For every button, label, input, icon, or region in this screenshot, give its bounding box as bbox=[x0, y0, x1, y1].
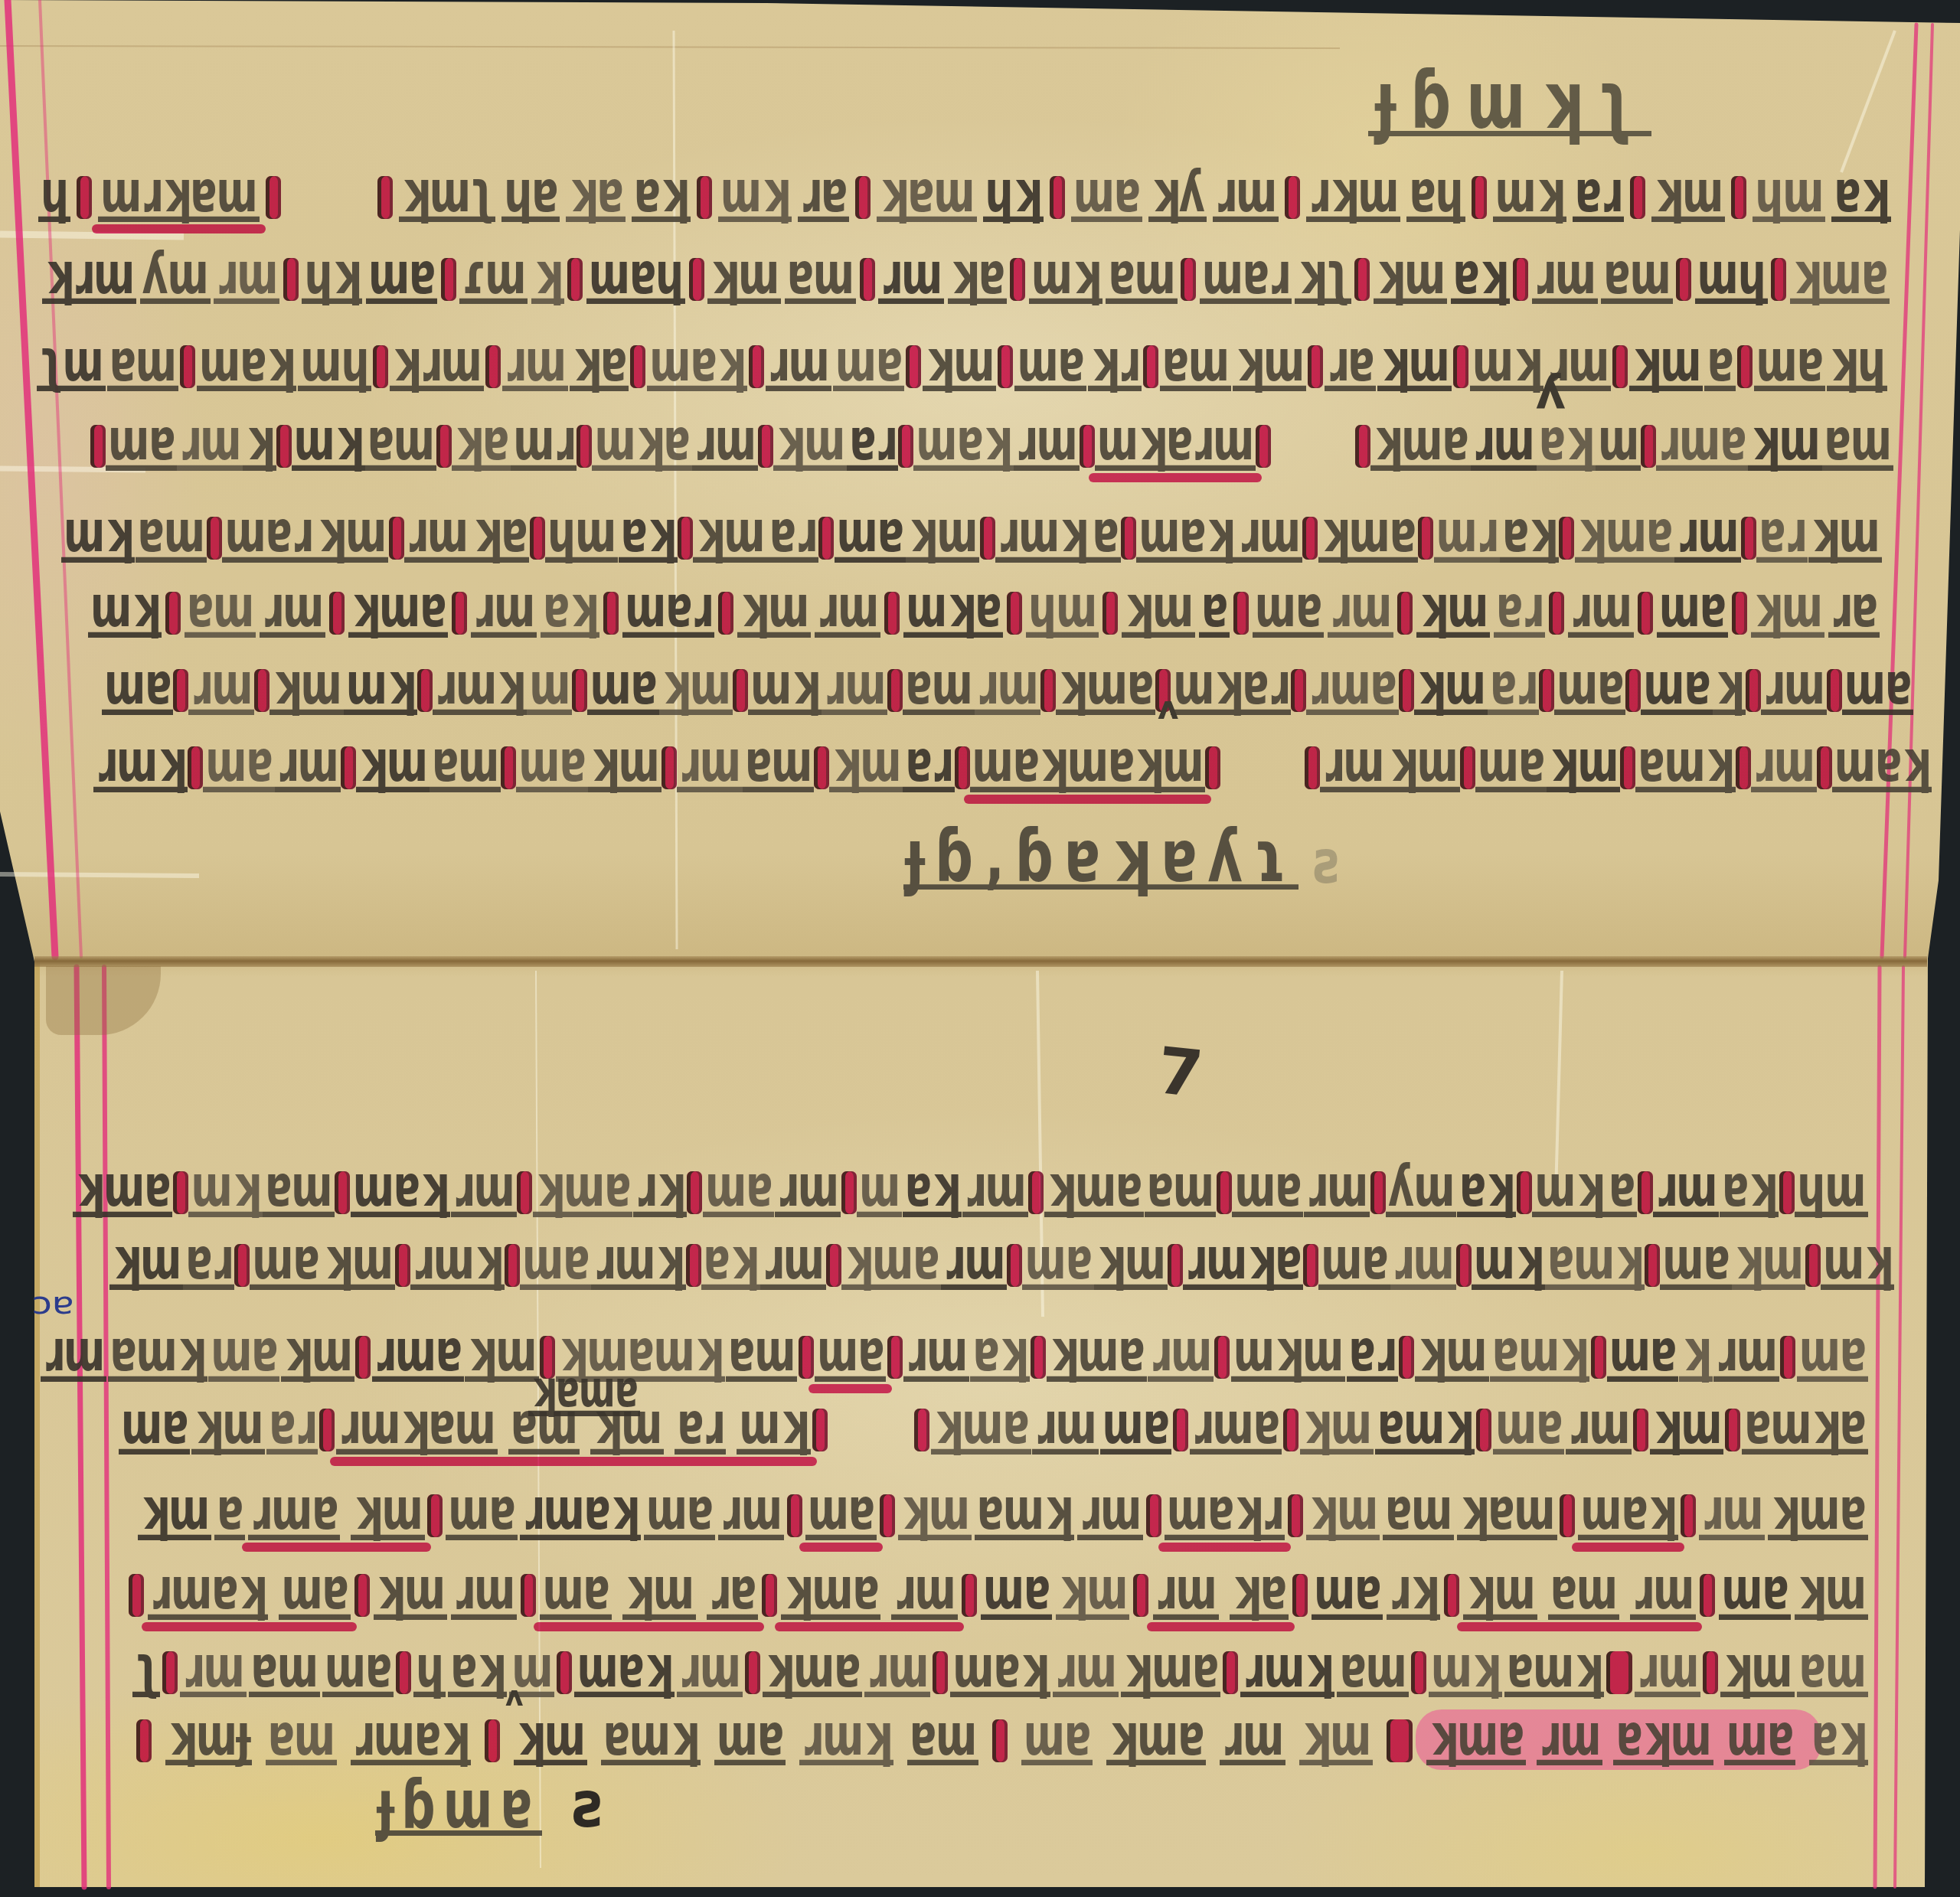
word: ɹɯʞ bbox=[995, 511, 1089, 563]
word: ɯɐ bbox=[835, 511, 906, 563]
rubric-underlined-phrase: ɹɯʞɐ bbox=[1153, 1584, 1289, 1620]
word: ɯɐʞ bbox=[647, 339, 746, 391]
double-danda-separator bbox=[1456, 1244, 1472, 1287]
word: ʞʅ bbox=[1295, 252, 1351, 304]
double-danda-separator bbox=[417, 669, 433, 712]
lower-text-line-3: ɹɯɐɯʞɯɐʞɯɹɯɐʞɯʞɯɐɯʞɐɯɯɐɹɯɐʞʞɯɐɹɯɯʞɯɐɹʞɯɐ… bbox=[41, 1313, 1868, 1382]
word: ɯɐ bbox=[520, 1238, 591, 1290]
word: ɐɯ bbox=[726, 1330, 797, 1382]
word: ʞɯ bbox=[1416, 586, 1490, 638]
double-danda-separator bbox=[1460, 746, 1475, 789]
word: ɐɯ bbox=[1601, 252, 1672, 304]
word: ɯɐ bbox=[446, 1488, 517, 1540]
double-danda-separator bbox=[452, 592, 467, 635]
upper-text-line-5: ɯʞɐɯɯɐɹʞɯɹɯʞɐɥɯɐʞʞɯɐɹɯɐʞɯɹɯʞɐɯɐʞɹɯʞɯɐɯɹɐ… bbox=[61, 494, 1882, 563]
word: ɯʞ bbox=[61, 511, 135, 563]
word: ʞɐ bbox=[948, 252, 1007, 304]
double-danda-separator bbox=[1214, 1336, 1230, 1379]
word: ɯʞɐ bbox=[903, 586, 1003, 638]
word: ʞɐ bbox=[1230, 1568, 1289, 1620]
double-danda-separator bbox=[165, 592, 181, 635]
rubric-underlined-phrase: ʞɯɐɹɯ bbox=[781, 1584, 958, 1620]
double-danda-separator bbox=[90, 425, 106, 468]
double-danda-separator bbox=[1292, 1574, 1308, 1617]
word: ɯɐʞ bbox=[1832, 740, 1932, 792]
insertion-caret: ʎ bbox=[1536, 366, 1566, 420]
word: ɹɯ bbox=[941, 1238, 1007, 1290]
word: ɯʞ bbox=[1821, 1238, 1894, 1290]
double-danda-separator bbox=[1676, 258, 1691, 301]
double-danda-separator bbox=[1779, 1171, 1795, 1214]
double-danda-separator bbox=[1283, 1409, 1298, 1451]
double-danda-separator bbox=[1539, 669, 1554, 712]
word: ɯɐ bbox=[1475, 740, 1547, 792]
word: ɹɯɐ bbox=[248, 1488, 340, 1540]
double-danda-separator bbox=[914, 1409, 929, 1451]
word: ɹɯ bbox=[1328, 586, 1393, 638]
word: ʞɥ bbox=[1827, 339, 1887, 391]
double-danda-separator bbox=[485, 345, 501, 388]
double-danda-separator bbox=[173, 669, 188, 712]
double-danda-separator bbox=[577, 425, 592, 468]
insertion-caret: ʌ bbox=[1158, 689, 1178, 726]
double-danda-separator bbox=[436, 425, 452, 468]
double-danda-separator bbox=[1173, 1409, 1188, 1451]
rubric-underlined-phrase: ɹɯʞɐɯɐɯʞɯɐɹɯʞ bbox=[336, 1419, 810, 1455]
double-danda-separator bbox=[1638, 1171, 1653, 1214]
word: ɯɐ bbox=[1660, 1238, 1731, 1290]
insertion-text: ʞɐɯɐ bbox=[528, 1369, 640, 1416]
double-danda-separator bbox=[1387, 1719, 1413, 1762]
word: ɯɐ bbox=[587, 663, 658, 715]
double-danda-separator bbox=[501, 746, 516, 789]
word: ɯɐɹ bbox=[1200, 252, 1292, 304]
double-danda-separator bbox=[1559, 517, 1574, 560]
double-danda-separator bbox=[1133, 1574, 1148, 1617]
word: ɹɐ bbox=[798, 170, 849, 222]
glare bbox=[1841, 31, 1895, 172]
double-danda-separator bbox=[860, 258, 875, 301]
blank-space bbox=[1220, 786, 1305, 792]
word: ɹɯ bbox=[718, 1488, 784, 1540]
word: ɯɐʞ bbox=[197, 339, 296, 391]
double-danda-separator bbox=[276, 425, 292, 468]
word: ʞɯ bbox=[773, 419, 847, 471]
word: ʞɯɐ bbox=[1121, 1645, 1220, 1697]
word: ʞɯ bbox=[588, 740, 661, 792]
double-danda-separator bbox=[1560, 1494, 1575, 1537]
word: ʞ bbox=[243, 419, 276, 471]
word: ɯ bbox=[1596, 419, 1641, 471]
double-danda-separator bbox=[1285, 176, 1300, 219]
word: ɯɐ bbox=[1724, 1713, 1795, 1765]
word: ɯɐ bbox=[203, 740, 274, 792]
double-danda-separator bbox=[517, 1171, 532, 1214]
double-danda-separator bbox=[1308, 345, 1323, 388]
lower-text-line-5: ʞɯɐɹɯɐʞɯɯɐɹɯɐʞɯɐɹɯɯɐʞɯɐɯʞɹɯɯɐʞɹʞɯɐɯʞɐɯɯɐ… bbox=[138, 1471, 1868, 1540]
double-danda-separator bbox=[1007, 1244, 1022, 1287]
double-danda-separator bbox=[814, 746, 829, 789]
word: ɥɯ bbox=[1795, 1165, 1867, 1217]
rubric-underlined-phrase: ɹɯɐʞɯɐ bbox=[148, 1584, 351, 1620]
word: ɹɯ bbox=[1674, 511, 1740, 563]
word: ɯɐ bbox=[1021, 1713, 1093, 1765]
rubric-highlighted-phrase: ʞɯɐɹɯɐʞɯɯɐ bbox=[1426, 1729, 1795, 1765]
double-danda-separator bbox=[758, 425, 773, 468]
double-danda-separator bbox=[1638, 592, 1653, 635]
double-danda-separator bbox=[812, 1409, 828, 1451]
double-danda-separator bbox=[1168, 1244, 1183, 1287]
word: ɹɯɐ bbox=[372, 1330, 464, 1382]
word: ʞɯ bbox=[281, 1330, 354, 1382]
double-danda-separator bbox=[1827, 669, 1842, 712]
word: ɐɯ bbox=[1145, 1165, 1216, 1217]
double-danda-separator bbox=[1217, 1171, 1232, 1214]
double-danda-separator bbox=[1007, 592, 1022, 635]
double-danda-separator bbox=[745, 1651, 760, 1694]
word: ɐʞ bbox=[970, 1330, 1029, 1382]
rubric-underlined-phrase: ʞɯɐɯɹɯ bbox=[1463, 1584, 1696, 1620]
lower-left-margin-rule bbox=[104, 967, 109, 1887]
double-danda-separator bbox=[335, 1171, 350, 1214]
word: ɯɐ bbox=[1641, 663, 1712, 715]
double-danda-separator bbox=[354, 1574, 370, 1617]
word: ʞɐɯ bbox=[1457, 1488, 1557, 1540]
word: ʞɯɐ bbox=[1044, 1165, 1144, 1217]
double-danda-separator bbox=[826, 1244, 841, 1287]
word: ɐɹ bbox=[903, 740, 954, 792]
word: ɐɯʞ bbox=[1545, 1238, 1645, 1290]
word: ɯɐ bbox=[833, 339, 904, 391]
word: ɯɐ bbox=[119, 1402, 190, 1455]
word: ɯʞɐɹ bbox=[1171, 663, 1291, 715]
word: ɹɯ bbox=[975, 663, 1040, 715]
word: ʞɯ bbox=[707, 252, 781, 304]
word: ɹɯ bbox=[502, 339, 568, 391]
word: ɹɯ bbox=[1032, 1402, 1098, 1455]
word: ɐɯ bbox=[1383, 1488, 1454, 1540]
word: ʞɯɐ bbox=[1056, 663, 1155, 715]
double-danda-separator bbox=[1703, 1651, 1718, 1694]
double-danda-separator bbox=[1771, 258, 1786, 301]
word: ɐɯʞɐ bbox=[1742, 1402, 1867, 1455]
word: ɯʞ bbox=[1532, 1165, 1606, 1217]
word: ɯɐ bbox=[540, 1568, 611, 1620]
word: ʞ bbox=[1713, 663, 1746, 715]
word: ɹɯ bbox=[471, 586, 537, 638]
double-danda-separator bbox=[1444, 1574, 1459, 1617]
double-danda-separator bbox=[341, 746, 356, 789]
word: ɹɯɐ bbox=[1306, 663, 1398, 715]
double-danda-separator bbox=[697, 176, 712, 219]
word: ɯʞ bbox=[188, 1165, 262, 1217]
word: ɐʞ bbox=[903, 1165, 962, 1217]
double-danda-separator bbox=[906, 345, 921, 388]
word: ɯɐʞ bbox=[950, 1645, 1050, 1697]
double-danda-separator bbox=[136, 1719, 152, 1762]
page-fold bbox=[34, 956, 1927, 967]
double-danda-separator bbox=[266, 176, 281, 219]
word: ɹɯ bbox=[1014, 419, 1080, 471]
double-danda-separator bbox=[884, 592, 900, 635]
footer-text: ɟɓɯɐ bbox=[375, 1781, 542, 1836]
double-danda-separator bbox=[254, 669, 269, 712]
word: ɐʞ bbox=[1831, 170, 1890, 222]
double-danda-separator bbox=[395, 1244, 410, 1287]
word: ʞɐ bbox=[566, 170, 625, 222]
double-danda-separator bbox=[1370, 1171, 1386, 1214]
word: ɐɯʞ bbox=[1490, 1330, 1589, 1382]
word: ʞɯɐ bbox=[73, 1165, 172, 1217]
rubric-underlined-phrase: ɯɐʞ bbox=[1578, 1504, 1677, 1540]
word: ɐɯʞ bbox=[601, 1713, 701, 1765]
word: ʞɯ bbox=[1415, 1330, 1488, 1382]
word: ɐɹ bbox=[847, 419, 898, 471]
footer-number: ƨ bbox=[573, 1767, 605, 1842]
word: ʞɯɐ bbox=[1047, 1330, 1146, 1382]
upper-text-line-8: ɹɯʞɯɐɹɯʞɯɐɯɯɐʞɯɹɯɐɯʞɯɐɹɯɐʞɯɐʞɯɹɯʞɯɯɐʞɯɐɯ… bbox=[93, 723, 1873, 792]
upper-text-line-1: ɥɯɹʞɐɯʞɯʅɥɐʞɐɐʞɯʞɹɐʞɐɯɥʞɯɐʞʎɹɯɹʞɯɐɥɯʞɐɹʞ… bbox=[38, 153, 1891, 222]
word: ʞʎ bbox=[1148, 170, 1207, 222]
double-danda-separator bbox=[377, 176, 393, 219]
double-danda-separator bbox=[389, 517, 404, 560]
double-danda-separator bbox=[1256, 425, 1271, 468]
double-danda-separator bbox=[441, 258, 456, 301]
double-danda-separator bbox=[661, 746, 677, 789]
double-danda-separator bbox=[1606, 1651, 1632, 1694]
word: ɯɐ bbox=[366, 252, 437, 304]
double-danda-separator bbox=[557, 1651, 572, 1694]
word: ɹɯ bbox=[1537, 1713, 1602, 1765]
word: ɯɐ bbox=[208, 1330, 279, 1382]
word: ɹɯ bbox=[275, 740, 341, 792]
rubric-underlined-phrase: ɯɐ bbox=[815, 1346, 886, 1382]
word: ɹɯ bbox=[1077, 1488, 1143, 1540]
lower-text-line-8: ʞɯɟɐɯɹɯɐʞʞɯɐɯʞɯɐɹɯʞɐɯɯɐʞɯɐɹɯʞɯʞɯɐɹɯɐʞɯɯɐ… bbox=[136, 1696, 1868, 1765]
word: ʞɯ bbox=[1547, 740, 1620, 792]
word: ɹɯ bbox=[962, 1165, 1028, 1217]
double-danda-separator bbox=[1591, 1336, 1606, 1379]
word: ɹɯ bbox=[214, 252, 279, 304]
word: ʞɯ bbox=[898, 1488, 972, 1540]
word: ɐ bbox=[1199, 586, 1230, 638]
word: ɹɯʞ bbox=[410, 1238, 505, 1290]
word: ɯʞɐɹɯ bbox=[1095, 419, 1256, 471]
double-danda-separator bbox=[1780, 1336, 1795, 1379]
double-danda-separator bbox=[1355, 425, 1370, 468]
double-danda-separator bbox=[234, 1244, 250, 1287]
word: ɯʞɯ bbox=[1231, 1330, 1345, 1382]
double-danda-separator bbox=[1223, 1651, 1238, 1694]
word: ɯɐ bbox=[322, 1645, 394, 1697]
upper-text-line-3: ʅɯɐɯɯɐʞɯɥʞɹɯɹɯʞɐɯɐʞɹɯɯɐʞɯɯɐʞɹɐɯʞɯɹɐʞɯɯʞɹ… bbox=[37, 322, 1887, 391]
word: ɯɐʞɯɐʞɯ bbox=[970, 740, 1206, 792]
double-danda-separator bbox=[530, 517, 545, 560]
rubric-underlined-phrase: ɯɐʞɯɹɐ bbox=[540, 1584, 758, 1620]
word: ɹɯʞ bbox=[591, 1238, 685, 1290]
word: ɹɯ bbox=[1532, 252, 1598, 304]
double-danda-separator bbox=[1736, 746, 1751, 789]
word: ɐɯʞ bbox=[1375, 1402, 1475, 1455]
word: ʞɯ bbox=[356, 740, 430, 792]
double-danda-separator bbox=[1399, 669, 1414, 712]
word: ʞɯɐ bbox=[1318, 511, 1418, 563]
word: ɹɯ bbox=[1653, 1165, 1719, 1217]
double-danda-separator bbox=[762, 1574, 777, 1617]
word: ʞɯ bbox=[1651, 170, 1725, 222]
double-danda-separator bbox=[521, 1574, 536, 1617]
word: ɯɐ bbox=[1754, 339, 1825, 391]
word: ɹɯ bbox=[1390, 1238, 1456, 1290]
word: ɐɯ bbox=[249, 1645, 320, 1697]
double-danda-separator bbox=[1233, 592, 1249, 635]
word: ɹɯʞ bbox=[799, 1713, 893, 1765]
double-danda-separator bbox=[283, 258, 299, 301]
word: ɯɐ bbox=[1797, 1330, 1868, 1382]
word: ɯʞ bbox=[1429, 1645, 1502, 1697]
double-danda-separator bbox=[1031, 1336, 1046, 1379]
word: ɐɯʞ bbox=[1635, 740, 1735, 792]
word: ɐɯ bbox=[1822, 419, 1893, 471]
word: ɹɯ bbox=[822, 663, 887, 715]
word: ʞɯ bbox=[269, 663, 343, 715]
double-danda-separator bbox=[1549, 592, 1564, 635]
word: ʞɯ bbox=[1748, 419, 1821, 471]
colophon-text: ɟɓ‚ɓɐʞɐʎɿ bbox=[903, 831, 1298, 890]
word: ʅ bbox=[132, 1645, 160, 1697]
word: ɐɯ bbox=[430, 740, 501, 792]
lower-right-margin-rule bbox=[1895, 967, 1903, 1887]
double-danda-separator bbox=[1472, 176, 1487, 219]
double-danda-separator bbox=[1681, 1494, 1696, 1537]
double-danda-separator bbox=[207, 517, 222, 560]
double-danda-separator bbox=[1028, 1171, 1044, 1214]
double-danda-separator bbox=[749, 345, 764, 388]
rubric-underlined-phrase: ɹɯɐʞɯ bbox=[248, 1504, 425, 1540]
double-danda-separator bbox=[1513, 258, 1528, 301]
word: ɹɯ bbox=[1713, 1330, 1779, 1382]
double-danda-separator bbox=[173, 1171, 188, 1214]
word: ɹɯɐ bbox=[1656, 419, 1748, 471]
word: ʞɯɐ bbox=[1790, 252, 1890, 304]
double-danda-separator bbox=[77, 176, 92, 219]
word: ʞɯ bbox=[1414, 663, 1488, 715]
rubric-underlined-phrase: ɯɹʞɐɯ bbox=[98, 186, 260, 222]
double-danda-separator bbox=[1805, 1244, 1821, 1287]
word: ɯɐ bbox=[644, 1488, 715, 1540]
word: ɐʞ bbox=[1720, 1165, 1779, 1217]
word: ɐɯ bbox=[263, 1165, 334, 1217]
upper-text-line-2: ʞɹɯʎɯɹɯɥʞɯɐɾɯʞɯɐɥʞɯɐɯɹɯʞɐɯʞɐɯɯɐɹʞʅʞɯɐʞɹɯ… bbox=[42, 235, 1890, 304]
double-danda-separator bbox=[1040, 669, 1056, 712]
word: ʞɯ bbox=[1795, 1568, 1868, 1620]
word: ɐɹ bbox=[266, 1402, 318, 1455]
double-danda-separator bbox=[319, 1409, 335, 1451]
word: ɯɐ bbox=[1318, 1238, 1390, 1290]
blank-space bbox=[1271, 465, 1355, 471]
double-danda-separator bbox=[1302, 517, 1318, 560]
word: ɐʞ bbox=[632, 170, 691, 222]
word: ɹɐ bbox=[1325, 339, 1376, 391]
word: ʞɯ bbox=[622, 1568, 696, 1620]
word: ɐʞ bbox=[541, 586, 599, 638]
word: ʞɯ bbox=[191, 1402, 265, 1455]
word: ʎɯ bbox=[1386, 1165, 1456, 1217]
word: ɐɹ bbox=[1347, 1330, 1398, 1382]
word: ɐɹ bbox=[1573, 170, 1624, 222]
word: ɯɐ bbox=[1312, 1568, 1383, 1620]
word: ɐɯ bbox=[1106, 252, 1177, 304]
word: ɐʞɯ bbox=[1613, 1713, 1713, 1765]
double-danda-separator bbox=[733, 669, 748, 712]
word: ɐɯ bbox=[743, 740, 814, 792]
word: ɯɥ bbox=[1695, 252, 1768, 304]
word: ɯɐ bbox=[1253, 586, 1324, 638]
word: ɹɯ bbox=[260, 586, 325, 638]
word: ɹɯ bbox=[404, 511, 470, 563]
colophon-faint-mark: ƨ bbox=[1314, 828, 1341, 898]
word: ɥɐ bbox=[501, 170, 560, 222]
rubric-underlined-phrase: ɯɐ bbox=[805, 1504, 877, 1540]
word: ɯʞ bbox=[718, 170, 792, 222]
word: ɐɹ bbox=[675, 1402, 726, 1455]
interlinear-insertion: ʞɐɯɐ bbox=[528, 1370, 640, 1416]
word: ʞɯ bbox=[1056, 1568, 1129, 1620]
word: ɯɐʞ bbox=[913, 419, 1013, 471]
double-danda-separator bbox=[1641, 425, 1656, 468]
word: ɯɐɹ bbox=[622, 586, 714, 638]
word: ɐɹ bbox=[1494, 586, 1545, 638]
upper-left-margin-rule bbox=[8, 0, 55, 957]
double-danda-separator bbox=[992, 1719, 1008, 1762]
upper-text-line-7: ɯɐɹɯʞɯɯʞɹɯʞɯɯɐʞɯɯʞɹɯɐɯɹɯʞɯɐɯʞɐɹɹɯɐʞɯɐɹɯɐ… bbox=[102, 646, 1876, 715]
word: ɯɐ bbox=[981, 1568, 1052, 1620]
double-danda-separator bbox=[678, 517, 693, 560]
word: ɹɯ bbox=[903, 1330, 969, 1382]
word: ɯʞ bbox=[748, 663, 822, 715]
upper-text-line-6: ɯʞɐɯɹɯʞɯɐɹɯɐʞɯɐɹʞɯɹɯɯʞɐɥɯʞɯɐɯɐɹɯʞɯɐɹɹɯɯɐ… bbox=[88, 569, 1880, 638]
word: ɐɯ bbox=[136, 511, 207, 563]
double-danda-separator bbox=[1418, 517, 1433, 560]
word: ʞɹɯ bbox=[42, 252, 136, 304]
word: ɹɯɐʞ bbox=[148, 1568, 268, 1620]
word: ɐɯ bbox=[107, 339, 178, 391]
upper-page-colophon: ɟɓ‚ɓɐʞɐʎɿ ƨ bbox=[903, 813, 1341, 890]
word: ɯɐ bbox=[1232, 1165, 1303, 1217]
double-danda-separator bbox=[1625, 669, 1641, 712]
word: ɯʞ bbox=[1472, 1238, 1545, 1290]
word: ɹɯ bbox=[177, 419, 243, 471]
word: ɯʞ bbox=[292, 419, 365, 471]
word: ʞɯɐ bbox=[1426, 1713, 1526, 1765]
word: ʞɯ bbox=[1387, 740, 1460, 792]
word: ɯɐ bbox=[1657, 586, 1728, 638]
double-danda-separator bbox=[1725, 1409, 1740, 1451]
lower-left-margin-rule bbox=[77, 967, 84, 1887]
word: ɹɯʞ bbox=[93, 740, 188, 792]
word: ɯɥ bbox=[298, 339, 371, 391]
word: ɹɯ bbox=[41, 1330, 106, 1382]
word: ɹɯ bbox=[1304, 1165, 1370, 1217]
double-danda-separator bbox=[129, 1574, 144, 1617]
word: ʞɯɐ bbox=[841, 1238, 941, 1290]
double-danda-separator bbox=[1288, 1494, 1303, 1537]
word: ʞɯ bbox=[322, 1238, 395, 1290]
word: ɐʞ bbox=[448, 1645, 507, 1697]
word: ɯʞ bbox=[1493, 170, 1566, 222]
word: ɐʞ bbox=[619, 511, 678, 563]
double-danda-separator bbox=[1630, 176, 1645, 219]
